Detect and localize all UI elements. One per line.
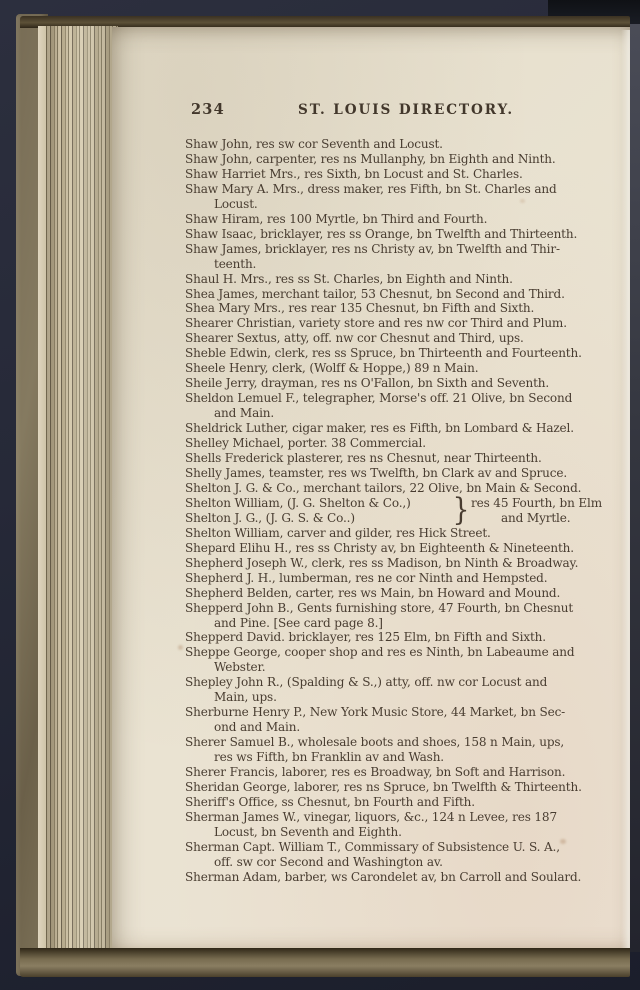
directory-entry-line: Shelton J. G. & Co., merchant tailors, 2… xyxy=(185,481,631,496)
directory-entry-line: Shaw Isaac, bricklayer, res ss Orange, b… xyxy=(185,227,631,242)
directory-entry-line: Shelton J. G., (J. G. S. & Co..) xyxy=(185,511,451,526)
directory-entry-line: Sheldon Lemuel F., telegrapher, Morse's … xyxy=(185,391,631,406)
directory-entry-line: Shepperd David. bricklayer, res 125 Elm,… xyxy=(185,630,631,645)
page-header: 234 ST. LOUIS DIRECTORY. xyxy=(185,101,627,123)
directory-entry-line: Sheldrick Luther, cigar maker, res es Fi… xyxy=(185,421,631,436)
directory-entry-line: Sheile Jerry, drayman, res ns O'Fallon, … xyxy=(185,376,631,391)
directory-entry-line: Shaul H. Mrs., res ss St. Charles, bn Ei… xyxy=(185,272,631,287)
directory-entry-line: and Pine. [See card page 8.] xyxy=(214,616,631,631)
brace-glyph: } xyxy=(453,496,470,526)
book-page-edges xyxy=(44,26,118,948)
brace-group-shared-address: res 45 Fourth, bn Elmand Myrtle. xyxy=(471,496,602,526)
directory-entry-line: and Main. xyxy=(214,406,631,421)
directory-entry-line: Shaw Harriet Mrs., res Sixth, bn Locust … xyxy=(185,167,631,182)
directory-entry-line: res ws Fifth, bn Franklin av and Wash. xyxy=(214,750,631,765)
directory-entry-line: Shaw James, bricklayer, res ns Christy a… xyxy=(185,242,631,257)
directory-entry-line: Shearer Sextus, atty, off. nw cor Chesnu… xyxy=(185,331,631,346)
book-right-gap xyxy=(630,24,640,952)
directory-entry-line: Locust, bn Seventh and Eighth. xyxy=(214,825,631,840)
directory-entry-line: Shelley Michael, porter. 38 Commercial. xyxy=(185,436,631,451)
directory-entry-line: Shelton William, (J. G. Shelton & Co.,) xyxy=(185,496,451,511)
page-title: ST. LOUIS DIRECTORY. xyxy=(185,102,627,118)
directory-entry-line: Shepherd Joseph W., clerk, res ss Madiso… xyxy=(185,556,631,571)
directory-entry-line: Sheele Henry, clerk, (Wolff & Hoppe,) 89… xyxy=(185,361,631,376)
directory-entry-line: and Myrtle. xyxy=(471,511,602,526)
directory-entry-line: Sherer Samuel B., wholesale boots and sh… xyxy=(185,735,631,750)
directory-entry-line: Main, ups. xyxy=(214,690,631,705)
directory-entry-line: Sherer Francis, laborer, res es Broadway… xyxy=(185,765,631,780)
directory-entry-line: Shearer Christian, variety store and res… xyxy=(185,316,631,331)
directory-entry-line: Sheble Edwin, clerk, res ss Spruce, bn T… xyxy=(185,346,631,361)
directory-entry-line: Shepperd John B., Gents furnishing store… xyxy=(185,601,631,616)
directory-entry-line: off. sw cor Second and Washington av. xyxy=(214,855,631,870)
page-edge-highlight xyxy=(621,30,630,948)
directory-entry-line: Sherburne Henry P., New York Music Store… xyxy=(185,705,631,720)
directory-entry-line: Shelton William, carver and gilder, res … xyxy=(185,526,631,541)
directory-entry-line: Sheppe George, cooper shop and res es Ni… xyxy=(185,645,631,660)
directory-entry-line: Shea Mary Mrs., res rear 135 Chesnut, bn… xyxy=(185,301,631,316)
directory-entry-line: res 45 Fourth, bn Elm xyxy=(471,496,602,511)
directory-entry-line: Sherman Adam, barber, ws Carondelet av, … xyxy=(185,870,631,885)
scanned-book-photo: 234 ST. LOUIS DIRECTORY. Shaw John, res … xyxy=(0,0,640,990)
directory-entry-line: Shelly James, teamster, res ws Twelfth, … xyxy=(185,466,631,481)
directory-entry-line: Shaw John, res sw cor Seventh and Locust… xyxy=(185,137,631,152)
directory-entry-line: Shepley John R., (Spalding & S.,) atty, … xyxy=(185,675,631,690)
directory-brace-group: Shelton William, (J. G. Shelton & Co.,)S… xyxy=(185,496,631,526)
directory-entry-line: Shepard Elihu H., res ss Christy av, bn … xyxy=(185,541,631,556)
directory-entries: Shaw John, res sw cor Seventh and Locust… xyxy=(185,137,631,885)
directory-entry-line: Shepherd J. H., lumberman, res ne cor Ni… xyxy=(185,571,631,586)
directory-entry-line: Shells Frederick plasterer, res ns Chesn… xyxy=(185,451,631,466)
directory-entry-line: Shepherd Belden, carter, res ws Main, bn… xyxy=(185,586,631,601)
book-cover-bottom-edge xyxy=(20,948,630,977)
foxing-spot xyxy=(178,645,183,650)
directory-entry-line: Shea James, merchant tailor, 53 Chesnut,… xyxy=(185,287,631,302)
brace-group-names: Shelton William, (J. G. Shelton & Co.,)S… xyxy=(185,496,451,526)
directory-page: 234 ST. LOUIS DIRECTORY. Shaw John, res … xyxy=(112,27,630,950)
directory-entry-line: Locust. xyxy=(214,197,631,212)
directory-entry-line: Shaw Mary A. Mrs., dress maker, res Fift… xyxy=(185,182,631,197)
directory-entry-line: Sherman Capt. William T., Commissary of … xyxy=(185,840,631,855)
directory-entry-line: Webster. xyxy=(214,660,631,675)
directory-entry-line: Sheridan George, laborer, res ns Spruce,… xyxy=(185,780,631,795)
directory-entry-line: ond and Main. xyxy=(214,720,631,735)
directory-entry-line: Sheriff's Office, ss Chesnut, bn Fourth … xyxy=(185,795,631,810)
directory-entry-line: teenth. xyxy=(214,257,631,272)
directory-entry-line: Shaw John, carpenter, res ns Mullanphy, … xyxy=(185,152,631,167)
directory-entry-line: Shaw Hiram, res 100 Myrtle, bn Third and… xyxy=(185,212,631,227)
directory-entry-line: Sherman James W., vinegar, liquors, &c.,… xyxy=(185,810,631,825)
